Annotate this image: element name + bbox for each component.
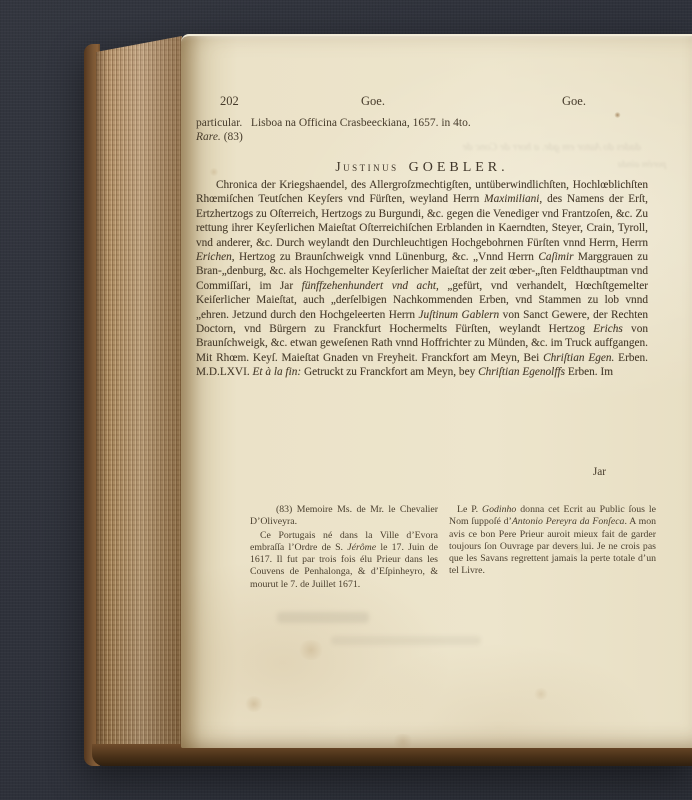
page-number: 202 [220,94,239,109]
entry-body-paragraph: Chronica der Kriegshaendel, des Allergro… [196,178,648,380]
running-title-left: Goe. [361,94,385,109]
foxing-spot [391,734,415,748]
photograph-background: 202 Goe. Goe. particular. Lisboa na Offi… [0,0,692,800]
footnote-reference: (83) [221,131,243,143]
footnote-left-column: (83) Memoire Ms. de Mr. le Chevalier D’O… [250,504,438,591]
entry-body-last-word: Jar [196,466,648,478]
book: 202 Goe. Goe. particular. Lisboa na Offi… [84,34,692,766]
page-stain [331,636,481,645]
book-page-block-edge [96,36,182,756]
footnote-commentary-paragraph: Le P. Godinho donna cet Ecrit au Public … [449,504,656,578]
entry-heading-forename: Justinus [335,159,398,174]
book-page: 202 Goe. Goe. particular. Lisboa na Offi… [181,34,692,748]
footnote-right-column: Le P. Godinho donna cet Ecrit au Public … [449,504,656,591]
footnote-source-paragraph: (83) Memoire Ms. de Mr. le Chevalier D’O… [250,504,438,529]
entry-heading: Justinus GOEBLER. [196,158,648,176]
foxing-spot [533,688,549,700]
running-title-right: Goe. [562,94,586,109]
rare-label: Rare. [196,131,221,143]
running-head: 202 Goe. Goe. [196,94,648,110]
foxing-spot [244,696,264,712]
footnote-biography-paragraph: Ce Portugais né dans la Ville d’Evora em… [250,530,438,591]
footnotes-section: (83) Memoire Ms. de Mr. le Chevalier D’O… [250,504,656,591]
entry-imprint-paragraph: particular. Lisboa na Officina Crasbeeck… [196,116,648,144]
foxing-spot [297,640,325,660]
imprint-line: particular. Lisboa na Officina Crasbeeck… [196,117,471,129]
page-stain [277,612,369,623]
entry-heading-surname: GOEBLER. [409,160,509,175]
